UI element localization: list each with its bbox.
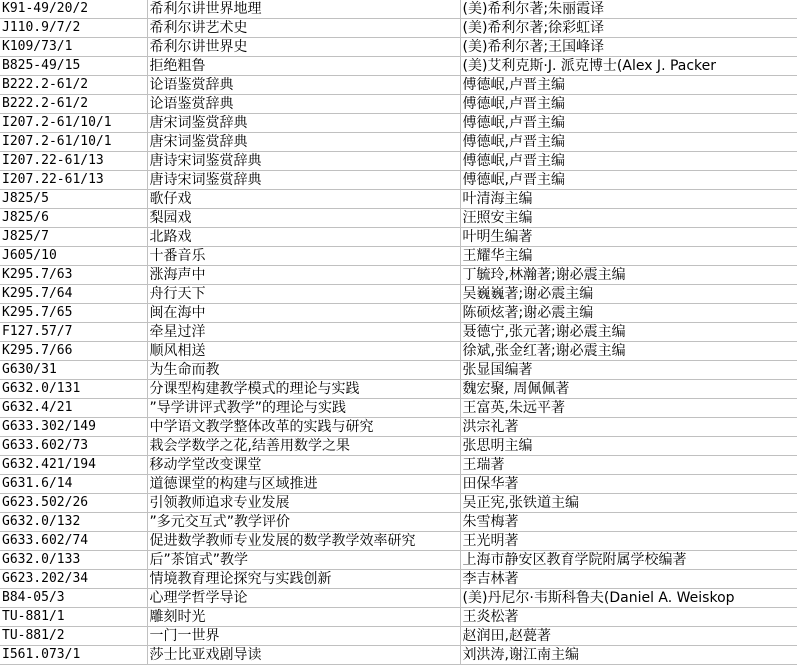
cell-author[interactable]: 叶清海主编 (460, 190, 797, 209)
cell-author[interactable]: (美)丹尼尔·韦斯科鲁夫(Daniel A. Weiskop (460, 589, 797, 608)
cell-call-number[interactable]: B825-49/15 (0, 57, 147, 76)
cell-title[interactable]: 心理学哲学导论 (147, 589, 460, 608)
cell-title[interactable]: 十番音乐 (147, 247, 460, 266)
cell-title[interactable]: 顺风相送 (147, 342, 460, 361)
table-row: G630/31为生命而教张显国编著 (0, 361, 797, 380)
table-row: G623.202/34情境教育理论探究与实践创新李吉林著 (0, 570, 797, 589)
table-row: G633.602/73栽会学数学之花,结善用数学之果张思明主编 (0, 437, 797, 456)
table-row: I561.073/1莎士比亚戏剧导读刘洪涛,谢江南主编 (0, 646, 797, 665)
cell-author[interactable]: 傅德岷,卢晋主编 (460, 76, 797, 95)
cell-author[interactable]: 傅德岷,卢晋主编 (460, 114, 797, 133)
cell-author[interactable]: 刘洪涛,谢江南主编 (460, 646, 797, 665)
cell-title[interactable]: 论语鉴赏辞典 (147, 95, 460, 114)
cell-author[interactable]: 田保华著 (460, 475, 797, 494)
cell-call-number[interactable]: K295.7/63 (0, 266, 147, 285)
cell-call-number[interactable]: G632.0/131 (0, 380, 147, 399)
cell-call-number[interactable]: B222.2-61/2 (0, 95, 147, 114)
cell-title[interactable]: 莎士比亚戏剧导读 (147, 646, 460, 665)
table-row: B222.2-61/2论语鉴赏辞典傅德岷,卢晋主编 (0, 95, 797, 114)
table-row: K295.7/63涨海声中丁毓玲,林瀚著;谢必震主编 (0, 266, 797, 285)
table-row: K91-49/20/2希利尔讲世界地理(美)希利尔著;朱丽霞译 (0, 0, 797, 19)
cell-author[interactable]: 丁毓玲,林瀚著;谢必震主编 (460, 266, 797, 285)
table-row: I207.2-61/10/1唐宋词鉴赏辞典傅德岷,卢晋主编 (0, 114, 797, 133)
table-row: G632.0/131分课型构建教学模式的理论与实践魏宏聚, 周佩佩著 (0, 380, 797, 399)
cell-author[interactable]: 张思明主编 (460, 437, 797, 456)
cell-author[interactable]: 徐斌,张金红著;谢必震主编 (460, 342, 797, 361)
cell-title[interactable]: 希利尔讲世界地理 (147, 0, 460, 19)
cell-author[interactable]: 朱雪梅著 (460, 513, 797, 532)
cell-author[interactable]: 王炎松著 (460, 608, 797, 627)
table-row: I207.2-61/10/1唐宋词鉴赏辞典傅德岷,卢晋主编 (0, 133, 797, 152)
cell-title[interactable]: 涨海声中 (147, 266, 460, 285)
cell-author[interactable]: 王瑞著 (460, 456, 797, 475)
cell-title[interactable]: 唐诗宋词鉴赏辞典 (147, 152, 460, 171)
table-row: G623.502/26引领教师追求专业发展吴正宪,张铁道主编 (0, 494, 797, 513)
cell-call-number[interactable]: I207.22-61/13 (0, 171, 147, 190)
cell-author[interactable]: 汪照安主编 (460, 209, 797, 228)
cell-call-number[interactable]: G632.421/194 (0, 456, 147, 475)
cell-author[interactable]: 傅德岷,卢晋主编 (460, 171, 797, 190)
cell-author[interactable]: (美)希利尔著;王国峰译 (460, 38, 797, 57)
table-row: J825/6梨园戏汪照安主编 (0, 209, 797, 228)
cell-call-number[interactable]: I207.2-61/10/1 (0, 133, 147, 152)
cell-call-number[interactable]: G630/31 (0, 361, 147, 380)
cell-title[interactable]: 为生命而教 (147, 361, 460, 380)
cell-title[interactable]: 唐宋词鉴赏辞典 (147, 114, 460, 133)
cell-author[interactable]: 陈硕炫著;谢必震主编 (460, 304, 797, 323)
table-row: B222.2-61/2论语鉴赏辞典傅德岷,卢晋主编 (0, 76, 797, 95)
cell-call-number[interactable]: B222.2-61/2 (0, 76, 147, 95)
cell-call-number[interactable]: TU-881/1 (0, 608, 147, 627)
cell-author[interactable]: 张显国编著 (460, 361, 797, 380)
table-row: I207.22-61/13唐诗宋词鉴赏辞典傅德岷,卢晋主编 (0, 171, 797, 190)
cell-call-number[interactable]: J110.9/7/2 (0, 19, 147, 38)
cell-title[interactable]: 希利尔讲艺术史 (147, 19, 460, 38)
table-row: G633.602/74促进数学教师专业发展的数学教学效率研究王光明著 (0, 532, 797, 551)
table-row: G631.6/14道德课堂的构建与区域推进田保华著 (0, 475, 797, 494)
table-row: K295.7/64舟行天下吴巍巍著;谢必震主编 (0, 285, 797, 304)
cell-title[interactable]: 闽在海中 (147, 304, 460, 323)
cell-title[interactable]: ”导学讲评式教学”的理论与实践 (147, 399, 460, 418)
cell-title[interactable]: 引领教师追求专业发展 (147, 494, 460, 513)
table-row: TU-881/1雕刻时光王炎松著 (0, 608, 797, 627)
cell-call-number[interactable]: I561.073/1 (0, 646, 147, 665)
cell-title[interactable]: 唐诗宋词鉴赏辞典 (147, 171, 460, 190)
cell-title[interactable]: 促进数学教师专业发展的数学教学效率研究 (147, 532, 460, 551)
cell-author[interactable]: (美)艾利克斯·J. 派克博士(Alex J. Packer (460, 57, 797, 76)
cell-title[interactable]: 希利尔讲世界史 (147, 38, 460, 57)
cell-author[interactable]: 王耀华主编 (460, 247, 797, 266)
cell-author[interactable]: 王富英,朱远平著 (460, 399, 797, 418)
cell-call-number[interactable]: G632.0/132 (0, 513, 147, 532)
table-row: J825/5歌仔戏叶清海主编 (0, 190, 797, 209)
cell-call-number[interactable]: K295.7/66 (0, 342, 147, 361)
cell-call-number[interactable]: G632.4/21 (0, 399, 147, 418)
cell-author[interactable]: 洪宗礼著 (460, 418, 797, 437)
table-row: J825/7北路戏叶明生编著 (0, 228, 797, 247)
cell-title[interactable]: 后”茶馆式”教学 (147, 551, 460, 570)
cell-call-number[interactable]: K295.7/65 (0, 304, 147, 323)
cell-call-number[interactable]: K91-49/20/2 (0, 0, 147, 19)
cell-author[interactable]: 李吉林著 (460, 570, 797, 589)
cell-author[interactable]: 傅德岷,卢晋主编 (460, 152, 797, 171)
cell-title[interactable]: 一门一世界 (147, 627, 460, 646)
cell-call-number[interactable]: G631.6/14 (0, 475, 147, 494)
cell-title[interactable]: ”多元交互式”教学评价 (147, 513, 460, 532)
spreadsheet-grid: K91-49/20/2希利尔讲世界地理(美)希利尔著;朱丽霞译J110.9/7/… (0, 0, 797, 665)
cell-title[interactable]: 中学语文教学整体改革的实践与研究 (147, 418, 460, 437)
cell-call-number[interactable]: G623.202/34 (0, 570, 147, 589)
cell-call-number[interactable]: J825/7 (0, 228, 147, 247)
cell-author[interactable]: 赵润田,赵甍著 (460, 627, 797, 646)
cell-title[interactable]: 歌仔戏 (147, 190, 460, 209)
table-row: G632.421/194移动学堂改变课堂王瑞著 (0, 456, 797, 475)
cell-author[interactable]: 魏宏聚, 周佩佩著 (460, 380, 797, 399)
cell-call-number[interactable]: J605/10 (0, 247, 147, 266)
cell-title[interactable]: 移动学堂改变课堂 (147, 456, 460, 475)
cell-title[interactable]: 拒绝粗鲁 (147, 57, 460, 76)
table-row: B84-05/3心理学哲学导论(美)丹尼尔·韦斯科鲁夫(Daniel A. We… (0, 589, 797, 608)
cell-author[interactable]: (美)希利尔著;朱丽霞译 (460, 0, 797, 19)
cell-call-number[interactable]: B84-05/3 (0, 589, 147, 608)
cell-call-number[interactable]: G633.602/73 (0, 437, 147, 456)
cell-title[interactable]: 舟行天下 (147, 285, 460, 304)
table-row: J605/10十番音乐王耀华主编 (0, 247, 797, 266)
table-row: G632.0/132”多元交互式”教学评价朱雪梅著 (0, 513, 797, 532)
cell-call-number[interactable]: TU-881/2 (0, 627, 147, 646)
cell-author[interactable]: 叶明生编著 (460, 228, 797, 247)
cell-author[interactable]: 王光明著 (460, 532, 797, 551)
table-row: G632.4/21”导学讲评式教学”的理论与实践王富英,朱远平著 (0, 399, 797, 418)
table-row: K295.7/66顺风相送徐斌,张金红著;谢必震主编 (0, 342, 797, 361)
table-row: G632.0/133后”茶馆式”教学上海市静安区教育学院附属学校编著 (0, 551, 797, 570)
cell-title[interactable]: 分课型构建教学模式的理论与实践 (147, 380, 460, 399)
cell-title[interactable]: 唐宋词鉴赏辞典 (147, 133, 460, 152)
cell-call-number[interactable]: K295.7/64 (0, 285, 147, 304)
table-row: J110.9/7/2希利尔讲艺术史(美)希利尔著;徐彩虹译 (0, 19, 797, 38)
cell-call-number[interactable]: G632.0/133 (0, 551, 147, 570)
cell-author[interactable]: 傅德岷,卢晋主编 (460, 133, 797, 152)
cell-call-number[interactable]: G623.502/26 (0, 494, 147, 513)
cell-call-number[interactable]: G633.602/74 (0, 532, 147, 551)
cell-title[interactable]: 牵星过洋 (147, 323, 460, 342)
cell-author[interactable]: 吴正宪,张铁道主编 (460, 494, 797, 513)
cell-title[interactable]: 论语鉴赏辞典 (147, 76, 460, 95)
cell-title[interactable]: 北路戏 (147, 228, 460, 247)
table-row: B825-49/15拒绝粗鲁(美)艾利克斯·J. 派克博士(Alex J. Pa… (0, 57, 797, 76)
cell-author[interactable]: 聂德宁,张元著;谢必震主编 (460, 323, 797, 342)
table-row: G633.302/149中学语文教学整体改革的实践与研究洪宗礼著 (0, 418, 797, 437)
cell-call-number[interactable]: I207.22-61/13 (0, 152, 147, 171)
cell-call-number[interactable]: K109/73/1 (0, 38, 147, 57)
cell-title[interactable]: 道德课堂的构建与区域推进 (147, 475, 460, 494)
cell-title[interactable]: 情境教育理论探究与实践创新 (147, 570, 460, 589)
table-row: K295.7/65闽在海中陈硕炫著;谢必震主编 (0, 304, 797, 323)
table-row: I207.22-61/13唐诗宋词鉴赏辞典傅德岷,卢晋主编 (0, 152, 797, 171)
table-row: K109/73/1希利尔讲世界史(美)希利尔著;王国峰译 (0, 38, 797, 57)
table-row: TU-881/2一门一世界赵润田,赵甍著 (0, 627, 797, 646)
cell-call-number[interactable]: J825/6 (0, 209, 147, 228)
cell-call-number[interactable]: J825/5 (0, 190, 147, 209)
cell-title[interactable]: 雕刻时光 (147, 608, 460, 627)
table-row: F127.57/7牵星过洋聂德宁,张元著;谢必震主编 (0, 323, 797, 342)
cell-author[interactable]: (美)希利尔著;徐彩虹译 (460, 19, 797, 38)
cell-title[interactable]: 栽会学数学之花,结善用数学之果 (147, 437, 460, 456)
spreadsheet-body: K91-49/20/2希利尔讲世界地理(美)希利尔著;朱丽霞译J110.9/7/… (0, 0, 797, 665)
cell-author[interactable]: 傅德岷,卢晋主编 (460, 95, 797, 114)
cell-call-number[interactable]: G633.302/149 (0, 418, 147, 437)
cell-author[interactable]: 上海市静安区教育学院附属学校编著 (460, 551, 797, 570)
cell-author[interactable]: 吴巍巍著;谢必震主编 (460, 285, 797, 304)
cell-title[interactable]: 梨园戏 (147, 209, 460, 228)
cell-call-number[interactable]: I207.2-61/10/1 (0, 114, 147, 133)
cell-call-number[interactable]: F127.57/7 (0, 323, 147, 342)
